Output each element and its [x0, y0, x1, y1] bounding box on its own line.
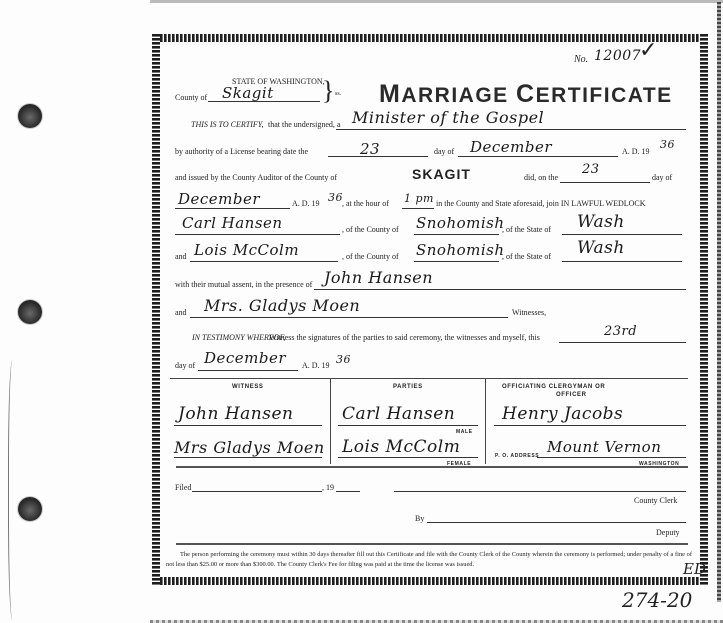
county-of-label: County of — [175, 93, 207, 102]
certify-rest: that the undersigned, a — [268, 120, 340, 129]
officiant-title-line — [336, 129, 686, 130]
officiant-title-field: Minister of the Gospel — [352, 108, 544, 127]
torn-edge — [8, 360, 19, 620]
license-month-field: December — [470, 138, 552, 156]
check-mark-icon: ✓ — [639, 38, 657, 63]
filing-notice: The person performing the ceremony must … — [166, 550, 692, 570]
initials-annotation: ED — [683, 560, 706, 578]
day-of-label: day of — [434, 147, 454, 156]
notice-rule — [176, 543, 688, 545]
bride-county-field: Snohomish — [416, 241, 505, 259]
certificate-number: 12007 — [594, 48, 641, 64]
groom-county-field: Snohomish — [416, 214, 505, 232]
day-of-label-2: day of — [652, 173, 672, 182]
ceremony-month-line — [175, 208, 290, 209]
ceremony-day-line — [560, 182, 650, 183]
ceremony-month-field: December — [178, 190, 260, 208]
testimony-month-line — [198, 370, 298, 371]
and-label-2: and — [175, 308, 187, 317]
testimony-day-field: 23rd — [604, 324, 637, 339]
deputy-line — [427, 522, 686, 523]
bride-field: Lois McColm — [194, 241, 299, 259]
ornamental-border-left — [152, 34, 160, 585]
po-address-line — [537, 457, 686, 458]
county-clerk-line — [394, 491, 686, 492]
testimony-day-line — [559, 342, 686, 343]
witness-sig1-line — [174, 425, 322, 426]
page-reference: 274-20 — [622, 588, 692, 612]
officiant-header-line2: OFFICER — [556, 392, 587, 398]
issued-label: and issued by the County Auditor of the … — [175, 173, 337, 182]
ss-label: ss. — [335, 91, 341, 97]
scan-edge-top — [150, 0, 723, 3]
officiant-sig-line — [494, 425, 686, 426]
ceremony-hour-field: 1 pm — [404, 192, 434, 205]
bride-line — [190, 261, 338, 262]
witness1-field: John Hansen — [324, 268, 433, 287]
certificate-title: MARRIAGE CERTIFICATE — [379, 80, 673, 109]
witness1-line — [314, 289, 686, 290]
and-label: and — [175, 252, 187, 261]
filed-year-label: , 19 — [322, 483, 334, 492]
groom-field: Carl Hansen — [182, 214, 283, 232]
filed-date-line — [192, 491, 322, 492]
license-day-field: 23 — [360, 140, 380, 158]
ornamental-border-bottom — [152, 577, 708, 585]
groom-state-line — [562, 234, 682, 235]
of-county-label-2: , of the County of — [342, 252, 399, 261]
column-divider-1 — [330, 379, 331, 464]
witness-sig1: John Hansen — [178, 404, 294, 424]
ceremony-ad-label: A. D. 19 — [292, 199, 320, 208]
binder-hole-middle — [18, 300, 42, 324]
number-label: No. — [574, 54, 588, 65]
party-sig-female: Lois McColm — [342, 437, 460, 457]
testimony-ad-label: A. D. 19 — [302, 361, 330, 370]
license-month-line — [458, 156, 618, 157]
signature-block-top-rule — [170, 378, 688, 379]
ad-label: A. D. 19 — [622, 147, 650, 156]
binder-hole-bottom — [18, 497, 42, 521]
parties-header: PARTIES — [393, 384, 423, 390]
bride-state-field: Wash — [577, 238, 625, 258]
groom-line — [175, 234, 340, 235]
by-label: By — [415, 514, 424, 523]
of-county-label: , of the County of — [342, 225, 399, 234]
bride-state-line — [562, 261, 682, 262]
license-year-field: 36 — [660, 138, 675, 151]
hour-line — [402, 208, 434, 209]
issued-county: SKAGIT — [412, 166, 471, 182]
ornamental-border-right — [700, 34, 708, 585]
brace: } — [322, 76, 334, 106]
day-of-label-3: day of — [175, 361, 195, 370]
officiant-sig: Henry Jacobs — [502, 404, 623, 424]
witness-sig2: Mrs Gladys Moen — [174, 438, 325, 457]
groom-county-line — [414, 234, 499, 235]
of-state-label: , of the State of — [502, 225, 551, 234]
testimony-month-field: December — [204, 349, 286, 367]
column-divider-2 — [485, 379, 486, 464]
binder-hole-top — [18, 104, 42, 128]
po-address-label: P. O. ADDRESS — [495, 453, 539, 459]
witnesses-label: Witnesses, — [512, 308, 546, 317]
filed-year-line — [336, 491, 360, 492]
filed-label: Filed — [175, 483, 191, 492]
witness-header: WITNESS — [232, 384, 264, 390]
testimony-rest: Witness the signatures of the parties to… — [269, 333, 540, 342]
ceremony-year-field: 36 — [328, 191, 343, 204]
witness2-line — [190, 317, 508, 318]
license-label: by authority of a License bearing date t… — [175, 147, 308, 156]
signature-block-bottom-rule — [176, 466, 688, 468]
hour-label: , at the hour of — [342, 199, 389, 208]
officiant-header-line1: OFFICIATING CLERGYMAN OR — [502, 384, 605, 390]
male-sig-line — [338, 425, 478, 426]
marriage-certificate: No. 12007 ✓ STATE OF WASHINGTON, County … — [152, 34, 708, 585]
wedlock-label: in the County and State aforesaid, join … — [436, 199, 646, 208]
witness2-field: Mrs. Gladys Moen — [204, 296, 360, 315]
bride-county-line — [414, 261, 499, 262]
county-field: Skagit — [222, 84, 274, 102]
deputy-label: Deputy — [656, 528, 680, 537]
did-on-label: did, on the — [524, 173, 558, 182]
female-sig-line — [338, 457, 478, 458]
ceremony-day-field: 23 — [582, 162, 600, 177]
groom-state-field: Wash — [577, 212, 625, 232]
male-label: MALE — [456, 429, 473, 435]
testimony-year-field: 36 — [336, 353, 351, 366]
county-clerk-label: County Clerk — [634, 496, 677, 505]
po-address-field: Mount Vernon — [547, 438, 661, 456]
witness-sig2-line — [174, 457, 322, 458]
presence-label: with their mutual assent, in the presenc… — [175, 280, 312, 289]
of-state-label-2: , of the State of — [502, 252, 551, 261]
ornamental-border-top — [152, 34, 708, 42]
party-sig-male: Carl Hansen — [342, 404, 455, 424]
scan-edge-right — [717, 2, 721, 602]
certify-label: THIS IS TO CERTIFY, — [191, 120, 263, 129]
